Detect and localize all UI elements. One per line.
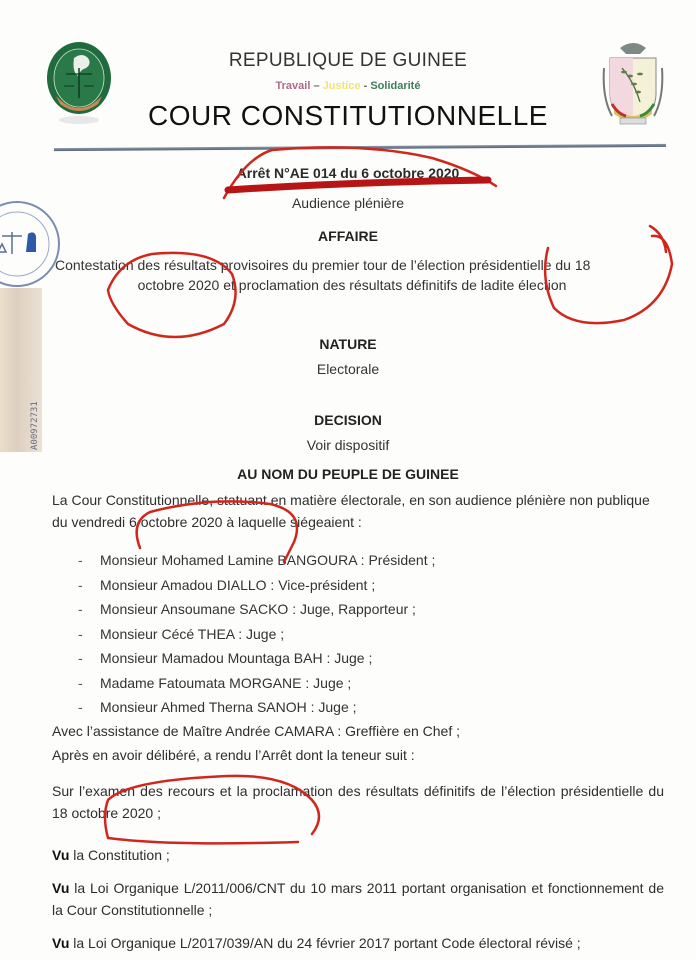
vu-label: Vu [52,880,69,896]
motto-separator: - [361,80,371,92]
judge-list-item: -Monsieur Ahmed Therna SANOH : Juge ; [78,695,435,720]
decision-heading: DECISION [0,412,696,428]
vu-constitution: Vu la Constitution ; [52,844,664,866]
vu-text: la Constitution ; [69,847,169,863]
assistance-line: Avec l’assistance de Maître Andrée CAMAR… [52,720,664,742]
affaire-text-line1: Contestation des résultats provisoires d… [55,257,695,273]
motto-word-justice: Justice [323,80,361,92]
judge-name: Monsieur Cécé THEA : Juge ; [100,626,284,642]
decision-text: Voir dispositif [0,437,696,453]
judge-list-item: -Monsieur Mohamed Lamine BANGOURA : Prés… [78,548,435,573]
examen-paragraph: Sur l’examen des recours et la proclamat… [52,780,664,824]
list-bullet: - [78,646,100,671]
affaire-text-line2: octobre 2020 et proclamation des résulta… [0,277,696,293]
nature-heading: NATURE [0,336,696,352]
motto-word-travail: Travail [276,80,311,92]
deliberation-line: Après en avoir délibéré, a rendu l’Arrêt… [52,744,664,766]
header-divider [54,144,666,151]
judge-name: Monsieur Ahmed Therna SANOH : Juge ; [100,699,357,715]
list-bullet: - [78,548,100,573]
institution-title: COUR CONSTITUTIONNELLE [0,100,696,132]
judge-list-item: -Madame Fatoumata MORGANE : Juge ; [78,671,435,696]
judge-list-item: -Monsieur Ansoumane SACKO : Juge, Rappor… [78,597,435,622]
list-bullet: - [78,695,100,720]
judge-name: Madame Fatoumata MORGANE : Juge ; [100,675,351,691]
intro-paragraph: La Cour Constitutionnelle, statuant en m… [52,489,664,533]
list-bullet: - [78,573,100,598]
judge-name: Monsieur Ansoumane SACKO : Juge, Rapport… [100,601,416,617]
judge-name: Monsieur Mohamed Lamine BANGOURA : Prési… [100,552,435,568]
decision-number: Arrêt N°AE 014 du 6 octobre 2020 [0,165,696,181]
national-motto: Travail – Justice - Solidarité [0,80,696,92]
motto-separator: – [310,80,322,92]
judge-list-item: -Monsieur Mamadou Mountaga BAH : Juge ; [78,646,435,671]
session-type: Audience plénière [0,195,696,211]
judge-list-item: -Monsieur Cécé THEA : Juge ; [78,622,435,647]
judges-list: -Monsieur Mohamed Lamine BANGOURA : Prés… [78,548,435,720]
judge-list-item: -Monsieur Amadou DIALLO : Vice-président… [78,573,435,598]
list-bullet: - [78,597,100,622]
nature-text: Electorale [0,361,696,377]
list-bullet: - [78,671,100,696]
vu-loi-2011: Vu la Loi Organique L/2011/006/CNT du 10… [52,877,664,921]
motto-word-solidarite: Solidarité [370,80,420,92]
judge-name: Monsieur Mamadou Mountaga BAH : Juge ; [100,650,372,666]
affaire-heading: AFFAIRE [0,228,696,244]
vu-label: Vu [52,935,69,951]
country-name: REPUBLIQUE DE GUINEE [0,50,696,72]
judge-name: Monsieur Amadou DIALLO : Vice-président … [100,577,375,593]
au-nom-heading: AU NOM DU PEUPLE DE GUINEE [0,466,696,482]
vu-label: Vu [52,847,69,863]
vu-text: la Loi Organique L/2011/006/CNT du 10 ma… [52,880,664,918]
vu-text: la Loi Organique L/2017/039/AN du 24 fév… [69,935,580,951]
list-bullet: - [78,622,100,647]
vu-loi-2017: Vu la Loi Organique L/2017/039/AN du 24 … [52,932,664,954]
